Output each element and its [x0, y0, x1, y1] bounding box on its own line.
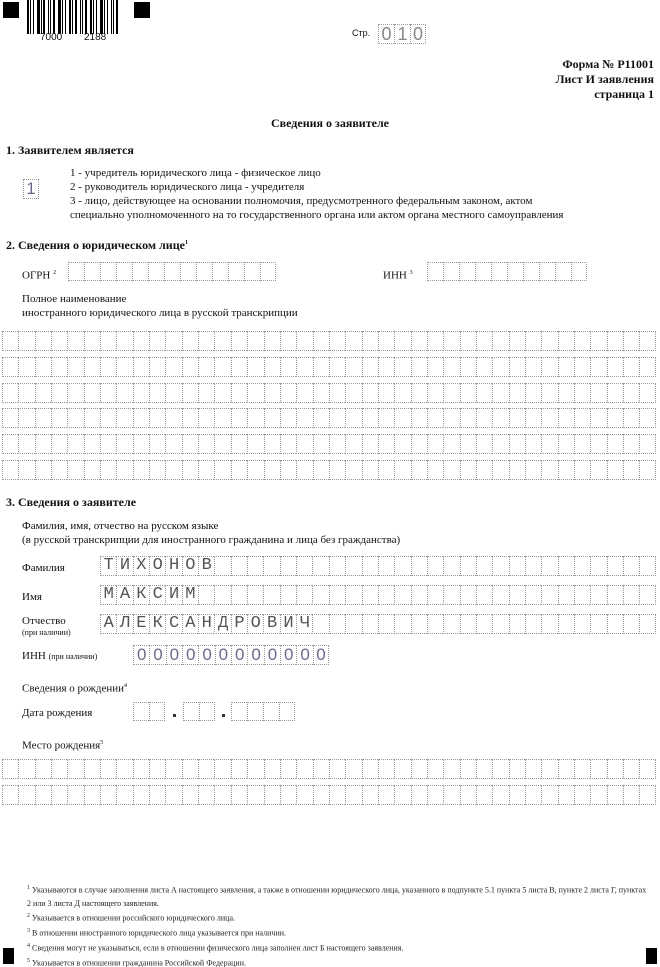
fullname-cell[interactable] [460, 460, 476, 480]
birth-place-cell[interactable] [51, 785, 67, 805]
birth-place-cell[interactable] [296, 785, 312, 805]
birth-month-cell[interactable] [199, 702, 215, 721]
fullname-cell[interactable] [460, 331, 476, 351]
birth-place-cell[interactable] [394, 759, 410, 779]
fullname-cell[interactable] [492, 460, 508, 480]
fullname-cell[interactable] [574, 434, 590, 454]
birth-place-cell[interactable] [264, 759, 280, 779]
birth-place-cell[interactable] [182, 759, 198, 779]
fullname-cell[interactable] [51, 383, 67, 403]
fullname-cell[interactable] [198, 383, 214, 403]
person-inn-cell[interactable]: 0 [313, 645, 329, 665]
person-inn-cell[interactable]: 0 [182, 645, 198, 665]
fullname-cell[interactable] [100, 331, 116, 351]
fullname-cell[interactable] [590, 460, 606, 480]
fullname-cell[interactable] [623, 460, 639, 480]
fullname-cell[interactable] [378, 434, 394, 454]
ogrn-cell[interactable] [116, 262, 132, 281]
fullname-cell[interactable] [231, 460, 247, 480]
name-cell[interactable] [263, 585, 279, 605]
surname-cell[interactable]: О [149, 556, 165, 576]
fullname-cell[interactable] [296, 331, 312, 351]
fullname-cell[interactable] [231, 383, 247, 403]
fullname-cell[interactable] [460, 357, 476, 377]
fullname-cell[interactable] [67, 434, 83, 454]
name-cell[interactable] [509, 585, 525, 605]
surname-cell[interactable] [623, 556, 639, 576]
fullname-cell[interactable] [378, 357, 394, 377]
fullname-cell[interactable] [2, 460, 18, 480]
patronymic-cell[interactable] [329, 614, 345, 634]
fullname-cell[interactable] [84, 460, 100, 480]
patronymic-field[interactable]: АЛЕКСАНДРОВИЧ [100, 614, 656, 634]
surname-cell[interactable] [296, 556, 312, 576]
fullname-cell[interactable] [35, 408, 51, 428]
fullname-cell[interactable] [51, 434, 67, 454]
fullname-cell[interactable] [411, 408, 427, 428]
fullname-cell[interactable] [2, 383, 18, 403]
fullname-cell[interactable] [149, 434, 165, 454]
page-number-cell[interactable]: 1 [394, 24, 410, 44]
patronymic-cell[interactable] [492, 614, 508, 634]
birth-place-cell[interactable] [378, 759, 394, 779]
patronymic-cell[interactable] [443, 614, 459, 634]
ogrn-cell[interactable] [260, 262, 276, 281]
birth-place-cell[interactable] [525, 785, 541, 805]
fullname-cell[interactable] [247, 357, 263, 377]
fullname-cell[interactable] [149, 408, 165, 428]
fullname-cell[interactable] [427, 460, 443, 480]
fullname-cell[interactable] [67, 331, 83, 351]
birth-place-cell[interactable] [214, 785, 230, 805]
name-cell[interactable] [492, 585, 508, 605]
name-cell[interactable] [623, 585, 639, 605]
fullname-cell[interactable] [116, 331, 132, 351]
fullname-cell[interactable] [558, 383, 574, 403]
org-inn-cell[interactable] [443, 262, 459, 281]
birth-place-cell[interactable] [149, 759, 165, 779]
birth-place-cell[interactable] [411, 785, 427, 805]
fullname-cell[interactable] [362, 434, 378, 454]
fullname-cell[interactable] [116, 408, 132, 428]
fullname-cell[interactable] [329, 331, 345, 351]
patronymic-cell[interactable]: А [100, 614, 116, 634]
surname-cell[interactable] [214, 556, 230, 576]
fullname-cell[interactable] [378, 408, 394, 428]
fullname-row[interactable] [2, 383, 656, 403]
org-inn-cell[interactable] [459, 262, 475, 281]
surname-cell[interactable] [607, 556, 623, 576]
fullname-cell[interactable] [2, 434, 18, 454]
fullname-cell[interactable] [296, 460, 312, 480]
org-inn-cell[interactable] [539, 262, 555, 281]
surname-cell[interactable] [312, 556, 328, 576]
fullname-cell[interactable] [35, 331, 51, 351]
fullname-cell[interactable] [427, 357, 443, 377]
birth-place-cell[interactable] [116, 759, 132, 779]
name-cell[interactable] [329, 585, 345, 605]
fullname-cell[interactable] [84, 434, 100, 454]
fullname-cell[interactable] [623, 434, 639, 454]
fullname-cell[interactable] [116, 460, 132, 480]
fullname-cell[interactable] [214, 357, 230, 377]
fullname-cell[interactable] [345, 434, 361, 454]
fullname-row[interactable] [2, 434, 656, 454]
birth-place-cell[interactable] [116, 785, 132, 805]
surname-cell[interactable] [509, 556, 525, 576]
ogrn-cell[interactable] [68, 262, 84, 281]
fullname-cell[interactable] [362, 331, 378, 351]
surname-cell[interactable] [639, 556, 655, 576]
fullname-cell[interactable] [313, 434, 329, 454]
fullname-cell[interactable] [51, 331, 67, 351]
fullname-cell[interactable] [84, 331, 100, 351]
fullname-cell[interactable] [590, 383, 606, 403]
patronymic-cell[interactable] [345, 614, 361, 634]
fullname-cell[interactable] [264, 357, 280, 377]
patronymic-cell[interactable]: К [149, 614, 165, 634]
birth-place-cell[interactable] [509, 785, 525, 805]
fullname-cell[interactable] [100, 434, 116, 454]
fullname-cell[interactable] [313, 460, 329, 480]
ogrn-cell[interactable] [196, 262, 212, 281]
birth-place-cell[interactable] [165, 785, 181, 805]
name-cell[interactable] [296, 585, 312, 605]
fullname-cell[interactable] [476, 331, 492, 351]
surname-cell[interactable]: Т [100, 556, 116, 576]
fullname-cell[interactable] [264, 434, 280, 454]
name-cell[interactable] [362, 585, 378, 605]
patronymic-cell[interactable] [623, 614, 639, 634]
surname-cell[interactable] [345, 556, 361, 576]
fullname-cell[interactable] [607, 331, 623, 351]
fullname-cell[interactable] [214, 460, 230, 480]
surname-cell[interactable] [378, 556, 394, 576]
fullname-cell[interactable] [443, 383, 459, 403]
birth-place-cell[interactable] [574, 759, 590, 779]
fullname-cell[interactable] [541, 434, 557, 454]
birth-place-cell[interactable] [378, 785, 394, 805]
name-cell[interactable]: С [149, 585, 165, 605]
fullname-cell[interactable] [198, 434, 214, 454]
person-inn-cell[interactable]: 0 [149, 645, 165, 665]
fullname-cell[interactable] [623, 383, 639, 403]
fullname-cell[interactable] [133, 331, 149, 351]
fullname-cell[interactable] [443, 408, 459, 428]
patronymic-cell[interactable] [525, 614, 541, 634]
birth-place-cell[interactable] [182, 785, 198, 805]
patronymic-cell[interactable] [378, 614, 394, 634]
fullname-cell[interactable] [607, 383, 623, 403]
org-inn-cell[interactable] [507, 262, 523, 281]
birth-year-cell[interactable] [263, 702, 279, 721]
birth-place-cell[interactable] [639, 759, 655, 779]
fullname-cell[interactable] [84, 357, 100, 377]
birth-year-cell[interactable] [231, 702, 247, 721]
ogrn-cell[interactable] [212, 262, 228, 281]
fullname-cell[interactable] [525, 408, 541, 428]
fullname-cell[interactable] [51, 460, 67, 480]
birth-place-cell[interactable] [443, 759, 459, 779]
fullname-cell[interactable] [35, 357, 51, 377]
fullname-cell[interactable] [443, 357, 459, 377]
fullname-cell[interactable] [2, 408, 18, 428]
patronymic-cell[interactable]: С [165, 614, 181, 634]
applicant-type-cell[interactable]: 1 [23, 179, 39, 199]
fullname-cell[interactable] [165, 383, 181, 403]
fullname-cell[interactable] [460, 408, 476, 428]
fullname-cell[interactable] [574, 383, 590, 403]
name-cell[interactable] [214, 585, 230, 605]
surname-cell[interactable] [476, 556, 492, 576]
fullname-cell[interactable] [149, 460, 165, 480]
name-cell[interactable] [394, 585, 410, 605]
patronymic-cell[interactable]: В [263, 614, 279, 634]
fullname-cell[interactable] [149, 357, 165, 377]
fullname-cell[interactable] [296, 383, 312, 403]
name-cell[interactable] [541, 585, 557, 605]
ogrn-field[interactable] [68, 262, 276, 282]
fullname-cell[interactable] [476, 408, 492, 428]
fullname-cell[interactable] [296, 408, 312, 428]
fullname-cell[interactable] [296, 434, 312, 454]
fullname-row[interactable] [2, 460, 656, 480]
fullname-cell[interactable] [590, 434, 606, 454]
birth-place-cell[interactable] [18, 759, 34, 779]
fullname-cell[interactable] [411, 434, 427, 454]
page-number-field[interactable]: 010 [378, 24, 426, 44]
birth-place-cell[interactable] [460, 759, 476, 779]
birth-place-cell[interactable] [198, 759, 214, 779]
birth-place-cell[interactable] [607, 759, 623, 779]
person-inn-cell[interactable]: 0 [133, 645, 149, 665]
surname-cell[interactable] [541, 556, 557, 576]
fullname-cell[interactable] [394, 408, 410, 428]
fullname-cell[interactable] [492, 331, 508, 351]
fullname-cell[interactable] [460, 383, 476, 403]
fullname-cell[interactable] [329, 408, 345, 428]
fullname-cell[interactable] [639, 460, 655, 480]
fullname-cell[interactable] [639, 383, 655, 403]
fullname-cell[interactable] [18, 434, 34, 454]
birth-place-cell[interactable] [84, 759, 100, 779]
fullname-cell[interactable] [100, 357, 116, 377]
birth-place-cell[interactable] [67, 785, 83, 805]
patronymic-cell[interactable] [574, 614, 590, 634]
fullname-cell[interactable] [492, 408, 508, 428]
fullname-cell[interactable] [541, 460, 557, 480]
name-cell[interactable] [476, 585, 492, 605]
surname-cell[interactable]: В [198, 556, 214, 576]
fullname-cell[interactable] [443, 460, 459, 480]
ogrn-cell[interactable] [180, 262, 196, 281]
fullname-cell[interactable] [639, 331, 655, 351]
fullname-cell[interactable] [280, 383, 296, 403]
patronymic-cell[interactable]: И [280, 614, 296, 634]
fullname-cell[interactable] [509, 331, 525, 351]
birth-place-cell[interactable] [2, 785, 18, 805]
org-inn-cell[interactable] [523, 262, 539, 281]
birth-place-cell[interactable] [100, 785, 116, 805]
birth-place-cell[interactable] [639, 785, 655, 805]
fullname-cell[interactable] [165, 460, 181, 480]
fullname-cell[interactable] [460, 434, 476, 454]
birth-place-cell[interactable] [329, 759, 345, 779]
surname-cell[interactable] [525, 556, 541, 576]
birth-month-field[interactable] [183, 702, 215, 722]
fullname-cell[interactable] [247, 331, 263, 351]
birth-place-cell[interactable] [443, 785, 459, 805]
surname-cell[interactable] [280, 556, 296, 576]
fullname-cell[interactable] [51, 357, 67, 377]
fullname-cell[interactable] [280, 408, 296, 428]
person-inn-cell[interactable]: 0 [166, 645, 182, 665]
fullname-cell[interactable] [574, 331, 590, 351]
birth-place-cell[interactable] [313, 785, 329, 805]
fullname-row[interactable] [2, 357, 656, 377]
patronymic-cell[interactable] [476, 614, 492, 634]
fullname-cell[interactable] [165, 331, 181, 351]
person-inn-field[interactable]: 000000000000 [133, 645, 329, 665]
fullname-cell[interactable] [133, 408, 149, 428]
fullname-cell[interactable] [345, 460, 361, 480]
name-cell[interactable]: М [182, 585, 198, 605]
fullname-cell[interactable] [198, 331, 214, 351]
birth-place-cell[interactable] [345, 759, 361, 779]
fullname-cell[interactable] [590, 331, 606, 351]
fullname-cell[interactable] [362, 460, 378, 480]
birth-year-cell[interactable] [279, 702, 295, 721]
patronymic-cell[interactable] [362, 614, 378, 634]
fullname-cell[interactable] [18, 383, 34, 403]
patronymic-cell[interactable] [411, 614, 427, 634]
fullname-cell[interactable] [509, 357, 525, 377]
birth-place-cell[interactable] [476, 759, 492, 779]
fullname-cell[interactable] [607, 357, 623, 377]
birth-place-cell[interactable] [476, 785, 492, 805]
fullname-cell[interactable] [100, 460, 116, 480]
fullname-cell[interactable] [18, 408, 34, 428]
fullname-cell[interactable] [264, 383, 280, 403]
fullname-cell[interactable] [623, 408, 639, 428]
fullname-cell[interactable] [492, 357, 508, 377]
patronymic-cell[interactable]: Н [198, 614, 214, 634]
fullname-cell[interactable] [133, 434, 149, 454]
fullname-cell[interactable] [574, 357, 590, 377]
birth-place-cell[interactable] [509, 759, 525, 779]
birth-place-cell[interactable] [313, 759, 329, 779]
fullname-cell[interactable] [378, 331, 394, 351]
surname-cell[interactable] [574, 556, 590, 576]
person-inn-cell[interactable]: 0 [231, 645, 247, 665]
fullname-cell[interactable] [35, 434, 51, 454]
fullname-cell[interactable] [116, 357, 132, 377]
name-cell[interactable]: А [116, 585, 132, 605]
fullname-cell[interactable] [247, 460, 263, 480]
ogrn-cell[interactable] [148, 262, 164, 281]
fullname-cell[interactable] [214, 383, 230, 403]
fullname-cell[interactable] [541, 383, 557, 403]
fullname-cell[interactable] [607, 460, 623, 480]
fullname-cell[interactable] [18, 331, 34, 351]
fullname-cell[interactable] [623, 357, 639, 377]
fullname-cell[interactable] [165, 434, 181, 454]
birth-year-cell[interactable] [247, 702, 263, 721]
fullname-cell[interactable] [525, 460, 541, 480]
fullname-cell[interactable] [182, 408, 198, 428]
birth-place-cell[interactable] [427, 785, 443, 805]
birth-day-cell[interactable] [133, 702, 149, 721]
fullname-row[interactable] [2, 408, 656, 428]
surname-cell[interactable] [427, 556, 443, 576]
fullname-cell[interactable] [362, 383, 378, 403]
birth-place-cell[interactable] [492, 759, 508, 779]
fullname-cell[interactable] [231, 408, 247, 428]
birth-place-cell[interactable] [149, 785, 165, 805]
org-inn-cell[interactable] [555, 262, 571, 281]
fullname-cell[interactable] [509, 383, 525, 403]
fullname-cell[interactable] [509, 434, 525, 454]
fullname-cell[interactable] [443, 331, 459, 351]
fullname-cell[interactable] [313, 331, 329, 351]
name-cell[interactable] [427, 585, 443, 605]
name-cell[interactable] [247, 585, 263, 605]
fullname-cell[interactable] [492, 383, 508, 403]
surname-cell[interactable] [492, 556, 508, 576]
fullname-cell[interactable] [476, 383, 492, 403]
birth-place-cell[interactable] [280, 759, 296, 779]
fullname-cell[interactable] [607, 434, 623, 454]
birth-place-cell[interactable] [558, 759, 574, 779]
fullname-cell[interactable] [18, 357, 34, 377]
patronymic-cell[interactable]: Р [231, 614, 247, 634]
fullname-cell[interactable] [149, 383, 165, 403]
patronymic-cell[interactable]: Е [133, 614, 149, 634]
surname-cell[interactable]: И [116, 556, 132, 576]
birth-place-cell[interactable] [84, 785, 100, 805]
ogrn-cell[interactable] [100, 262, 116, 281]
birth-place-cell[interactable] [574, 785, 590, 805]
name-cell[interactable] [607, 585, 623, 605]
fullname-cell[interactable] [525, 434, 541, 454]
name-cell[interactable] [378, 585, 394, 605]
birth-place-row[interactable] [2, 759, 656, 779]
fullname-cell[interactable] [558, 434, 574, 454]
name-cell[interactable]: М [100, 585, 116, 605]
fullname-cell[interactable] [329, 383, 345, 403]
person-inn-cell[interactable]: 0 [280, 645, 296, 665]
org-inn-cell[interactable] [427, 262, 443, 281]
fullname-cell[interactable] [394, 331, 410, 351]
person-inn-cell[interactable]: 0 [264, 645, 280, 665]
birth-month-cell[interactable] [183, 702, 199, 721]
birth-place-cell[interactable] [362, 785, 378, 805]
surname-cell[interactable] [247, 556, 263, 576]
fullname-cell[interactable] [362, 357, 378, 377]
patronymic-cell[interactable] [541, 614, 557, 634]
fullname-cell[interactable] [378, 460, 394, 480]
fullname-cell[interactable] [411, 331, 427, 351]
fullname-cell[interactable] [427, 434, 443, 454]
fullname-cell[interactable] [280, 357, 296, 377]
fullname-cell[interactable] [378, 383, 394, 403]
fullname-cell[interactable] [329, 460, 345, 480]
name-field[interactable]: МАКСИМ [100, 585, 656, 605]
fullname-cell[interactable] [623, 331, 639, 351]
fullname-cell[interactable] [411, 383, 427, 403]
surname-cell[interactable]: Х [133, 556, 149, 576]
fullname-cell[interactable] [427, 408, 443, 428]
